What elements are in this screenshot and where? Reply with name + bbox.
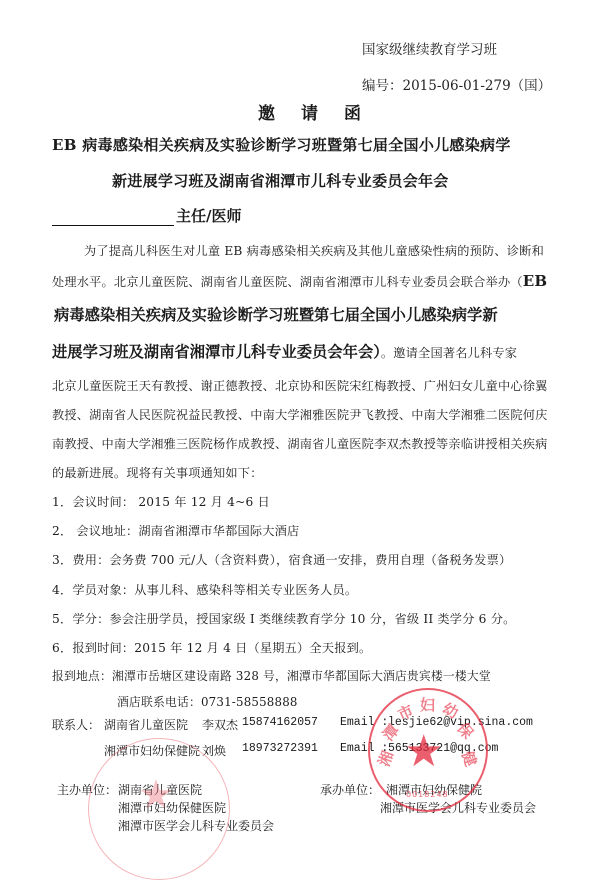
contact-email-label-2: Email : <box>340 742 388 755</box>
item-meeting-address: 2． 会议地址：湖南省湘潭市华都国际大酒店 <box>52 522 299 539</box>
contact-email-1[interactable]: lesjie62@vip.sina.com <box>388 716 533 729</box>
intro-line-5: 北京儿童医院王天有教授、谢正德教授、北京协和医院宋红梅教授、广州妇女儿童中心徐翼 <box>52 377 548 394</box>
contact-phone-2: 18973272391 <box>242 742 318 755</box>
subtitle-line-2: 新进展学习班及湖南省湘潭市儿科专业委员会年会 <box>112 170 449 191</box>
intro-line-2: 处理水平。北京儿童医院、湖南省儿童医院、湖南省湘潭市儿科专业委员会联合举办（EB <box>52 272 547 290</box>
seal-char: 妇 <box>420 694 435 715</box>
host-label: 主办单位： <box>57 781 117 798</box>
contact-name-2: 刘焕 <box>202 742 226 759</box>
subtitle-line-1: EB 病毒感染相关疾病及实验诊断学习班暨第七届全国小儿感染病学 <box>52 134 511 155</box>
contact-phone-1: 15874162057 <box>242 716 318 729</box>
intro-line-6: 教授、湖南省人民医院祝益民教授、中南大学湘雅医院尹飞教授、中南大学湘雅二医院何庆 <box>52 406 548 423</box>
contact-label: 联系人： <box>52 716 100 733</box>
intro-line-4-text: 。邀请全国著名儿科专家 <box>381 346 517 360</box>
hotel-phone: 酒店联系电话：0731-58558888 <box>117 693 298 710</box>
co-host-2: 湘潭市医学会儿科专业委员会 <box>380 799 536 816</box>
item-meeting-time: 1．会议时间： 2015 年 12 月 4~6 日 <box>52 493 270 510</box>
serial-number: 编号：2015-06-01-279（国） <box>362 74 551 94</box>
contact-name-1: 李双杰 <box>202 716 238 733</box>
recipient-blank-line <box>52 211 174 226</box>
item-fees: 3．费用：会务费 700 元/人（含资料费），宿食通一安排，费用自理（备税务发票… <box>52 551 511 568</box>
co-host-label: 承办单位： <box>320 781 380 798</box>
intro-line-2-bold: EB <box>523 272 548 290</box>
salutation-text: 主任/医师 <box>176 207 241 225</box>
intro-line-7: 南教授、中南大学湘雅三医院杨作成教授、湖南省儿童医院李双杰教授等亲临讲授相关疾病 <box>52 435 548 452</box>
intro-line-1: 为了提高儿科医生对儿童 EB 病毒感染相关疾病及其他儿童感染性病的预防、诊断和 <box>84 242 544 259</box>
program-label: 国家级继续教育学习班 <box>362 38 497 58</box>
contact-org-2: 湘潭市妇幼保健院 <box>104 742 200 759</box>
host-2: 湘潭市妇幼保健医院 <box>118 799 226 816</box>
host-1: 湖南省儿童医院 <box>118 781 202 798</box>
salutation: 主任/医师 <box>52 205 241 226</box>
host-3: 湘潭市医学会儿科专业委员会 <box>118 817 274 834</box>
intro-line-4-bold: 进展学习班及湖南省湘潭市儿科专业委员会年会） <box>52 343 381 361</box>
document-title: 邀请函 <box>258 99 387 124</box>
intro-line-4: 进展学习班及湖南省湘潭市儿科专业委员会年会）。邀请全国著名儿科专家 <box>52 340 517 362</box>
item-registration-time: 6．报到时间：2015 年 12 月 4 日（星期五）全天报到。 <box>52 639 371 656</box>
contact-email-label-1: Email : <box>340 716 388 729</box>
intro-line-8: 的最新进展。现将有关事项通知如下： <box>52 464 263 481</box>
co-host-1: 湘潭市妇幼保健院 <box>386 781 482 798</box>
intro-line-3-bold: 病毒感染相关疾病及实验诊断学习班暨第七届全国小儿感染病学新 <box>54 303 498 325</box>
contact-org-1: 湖南省儿童医院 <box>104 716 188 733</box>
contact-email-2[interactable]: 565133721@qq.com <box>388 742 498 755</box>
intro-line-2-text: 处理水平。北京儿童医院、湖南省儿童医院、湖南省湘潭市儿科专业委员会联合举办（ <box>52 275 523 289</box>
item-audience: 4．学员对象：从事儿科、感染科等相关专业医务人员。 <box>52 581 357 598</box>
registration-location: 报到地点：湘潭市岳塘区建设南路 328 号，湘潭市华都国际大酒店贵宾楼一楼大堂 <box>52 667 491 684</box>
item-credits: 5．学分：参会注册学员，授国家级 I 类继续教育学分 10 分，省级 II 类学… <box>52 610 515 627</box>
